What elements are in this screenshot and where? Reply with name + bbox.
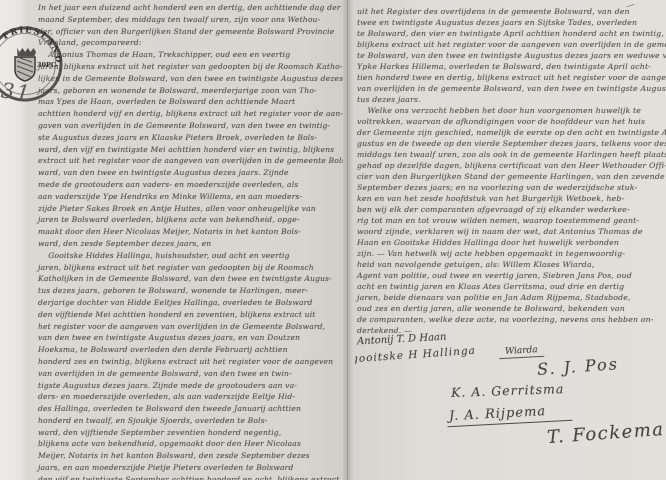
handwritten-line: lijken in de Gemeente Bolsward, van den …	[38, 73, 348, 85]
handwritten-line: der, officier van den Burgerlijken Stand…	[38, 26, 348, 38]
handwritten-line: ken en van het zesde hoofdstuk van het B…	[357, 193, 666, 204]
handwritten-line: uit het Register des overlijdens in de g…	[357, 6, 666, 17]
signature-witness-gerritsma: K. A. Gerritsma	[451, 381, 565, 400]
handwritten-line: Welke ons verzocht hebben het door hun v…	[357, 105, 666, 116]
handwritten-line: ders- en moederszijde overleden, als aan…	[38, 391, 348, 403]
handwritten-line: extract uit het register voor de aangeve…	[38, 155, 348, 167]
handwritten-line: gehad op dezelfde dagen, blijkens certif…	[357, 160, 666, 171]
handwritten-line: honderd en twaalf, en Sjoukje Sjoerds, o…	[38, 415, 348, 427]
left-page: In het jaar een duizend acht honderd een…	[28, 0, 348, 480]
handwritten-line: jaren, blijkens extract uit het register…	[38, 262, 348, 274]
handwritten-line: jaren, blijkens extract uit het register…	[38, 61, 348, 73]
handwritten-line: ben wij elk der comparanten afgevraagd o…	[357, 204, 666, 215]
handwritten-line: Gooitske Hiddes Hallinga, huishoudster, …	[38, 250, 348, 262]
handwritten-line: Vriesland, gecompareerd:	[38, 37, 348, 49]
handwritten-line: oud zes en dertig jaren, alle wonende te…	[357, 303, 666, 314]
left-page-text: In het jaar een duizend acht honderd een…	[38, 2, 348, 480]
handwritten-line: Katholijken in de Gemeente Bolsward, van…	[38, 273, 348, 285]
handwritten-line: voltrekken, waarvan de afkondigingen voo…	[357, 116, 666, 127]
stamp-value-text: 30PC	[37, 61, 56, 69]
signature-official-fockema: T. Fockema	[546, 419, 665, 448]
handwritten-line: aan vaderszijde Ype Hendriks en Minke Wi…	[38, 191, 348, 203]
signature-bride: gooitske H Hallinga	[355, 345, 476, 366]
handwritten-line: Hoeksma, te Bolsward overleden den derde…	[38, 344, 348, 356]
handwritten-line: September dezes jaars; en na voorlezing …	[357, 182, 666, 193]
handwritten-line: den vijftiende Mei achttien honderd en z…	[38, 309, 348, 321]
handwritten-line: gustus en de tweede op den vierde Septem…	[357, 138, 666, 149]
handwritten-line: zijn. — Van hetwelk wij acte hebben opge…	[357, 248, 666, 259]
handwritten-line: ward, den zesde September dezes jaars, e…	[38, 238, 348, 250]
handwritten-line: Ypke Harkes Hillema, overleden te Bolswa…	[357, 61, 666, 72]
handwritten-line: van overlijden in de gemeente Bolsward, …	[357, 83, 666, 94]
handwritten-line: maand September, des middags ten twaalf …	[38, 14, 348, 26]
signature-witness-rijpema: J. A. Rijpema	[447, 403, 573, 428]
signature-witness-pos: S. J. Pos	[536, 354, 619, 379]
handwritten-line: ward, den vijf en twintigste Mei achttie…	[38, 144, 348, 156]
handwritten-line: gaven van overlijden in de Gemeente Bols…	[38, 120, 348, 132]
handwritten-line: mede de grootouders aan vaders- en moede…	[38, 179, 348, 191]
document-scan: In het jaar een duizend acht honderd een…	[0, 0, 666, 480]
handwritten-line: den vijf en twintigste September achttie…	[38, 474, 348, 480]
handwritten-line: Haan en Gooitske Hiddes Hallinga door he…	[357, 237, 666, 248]
handwritten-line: blijkens acte van bekendheid, opgemaakt …	[38, 438, 348, 450]
handwritten-line: twee en twintigste Augustus dezes jaars …	[357, 17, 666, 28]
right-page-text: uit het Register des overlijdens in de g…	[357, 6, 666, 336]
handwritten-line: ward, den vijftiende September zeventien…	[38, 427, 348, 439]
handwritten-line: der Gemeente zijn geschied, namelijk de …	[357, 127, 666, 138]
signature-witness-wiarda: Wiarda	[499, 345, 544, 359]
handwritten-line: middags ten twaalf uren, zoo als ook in …	[357, 149, 666, 160]
right-page: uit het Register des overlijdens in de g…	[355, 0, 666, 480]
handwritten-line: Antonius Thomas de Haan, Trekschipper, o…	[38, 49, 348, 61]
handwritten-line: jaars, geboren en wonende te Bolsward, m…	[38, 85, 348, 97]
handwritten-line: mas Ypes de Haan, overleden te Bolsward …	[38, 96, 348, 108]
handwritten-line: te Bolsward, den vier en twintigste Apri…	[357, 28, 666, 39]
handwritten-line: jaren te Bolsward overleden, blijkens ac…	[38, 214, 348, 226]
handwritten-line: jaren, beide dienaars van politie en Jan…	[357, 292, 666, 303]
handwritten-line: des Hallinga, overleden te Bolsward den …	[38, 403, 348, 415]
handwritten-line: tus dezes jaars, geboren te Bolsward, wo…	[38, 285, 348, 297]
handwritten-line: maakt door den Heer Nicolaas Meijer, Not…	[38, 226, 348, 238]
handwritten-line: ward, van den twee en twintigste Augustu…	[38, 167, 348, 179]
handwritten-line: honderd zes en twintig, blijkens extract…	[38, 356, 348, 368]
handwritten-line: van den twee en twintigste Augustus deze…	[38, 332, 348, 344]
handwritten-line: derjarige dochter van Hidde Eeltjes Hall…	[38, 297, 348, 309]
handwritten-line: Agent van politie, oud twee en veertig j…	[357, 270, 666, 281]
handwritten-line: ste Augustus dezes jaars en Klaaske Piet…	[38, 132, 348, 144]
handwritten-line: heid van navolgende getuigen, als: Wille…	[357, 259, 666, 270]
handwritten-line: acht en twintig jaren en Klaas Ates Gerr…	[357, 281, 666, 292]
handwritten-line: zijde Pieter Sakes Broek en Antje Huites…	[38, 203, 348, 215]
handwritten-line: van overlijden in de gemeente Bolsward, …	[38, 368, 348, 380]
handwritten-line: Meijer, Notaris in het kanton Bolsward, …	[38, 450, 348, 462]
handwritten-line: tus dezes jaars.	[357, 94, 666, 105]
page-fold-line	[347, 0, 348, 480]
handwritten-line: rig tot man en tot vrouw wilden nemen, w…	[357, 215, 666, 226]
handwritten-line: de comparanten, welke deze acte, na voor…	[357, 314, 666, 325]
handwritten-line: In het jaar een duizend acht honderd een…	[38, 2, 348, 14]
handwritten-line: cier van den Burgerlijken Stand der geme…	[357, 171, 666, 182]
handwritten-line: tien honderd twee en dertig, blijkens ex…	[357, 72, 666, 83]
handwritten-line: te Bolsward, van den twee en twintigste …	[357, 50, 666, 61]
handwritten-line: tigste Augustus dezes jaars. Zijnde mede…	[38, 380, 348, 392]
page-gutter-shadow	[343, 0, 355, 480]
act-margin-number: 31	[0, 78, 33, 105]
handwritten-line: blijkens extract uit het register voor d…	[357, 39, 666, 50]
handwritten-line: jaars, en aan moederszijde Pietje Pieter…	[38, 462, 348, 474]
handwritten-line: achttien honderd vijf en dertig, blijken…	[38, 108, 348, 120]
handwritten-line: woord zijnde, verklaren wij in naam der …	[357, 226, 666, 237]
handwritten-line: het register voor de aangeven van overli…	[38, 321, 348, 333]
